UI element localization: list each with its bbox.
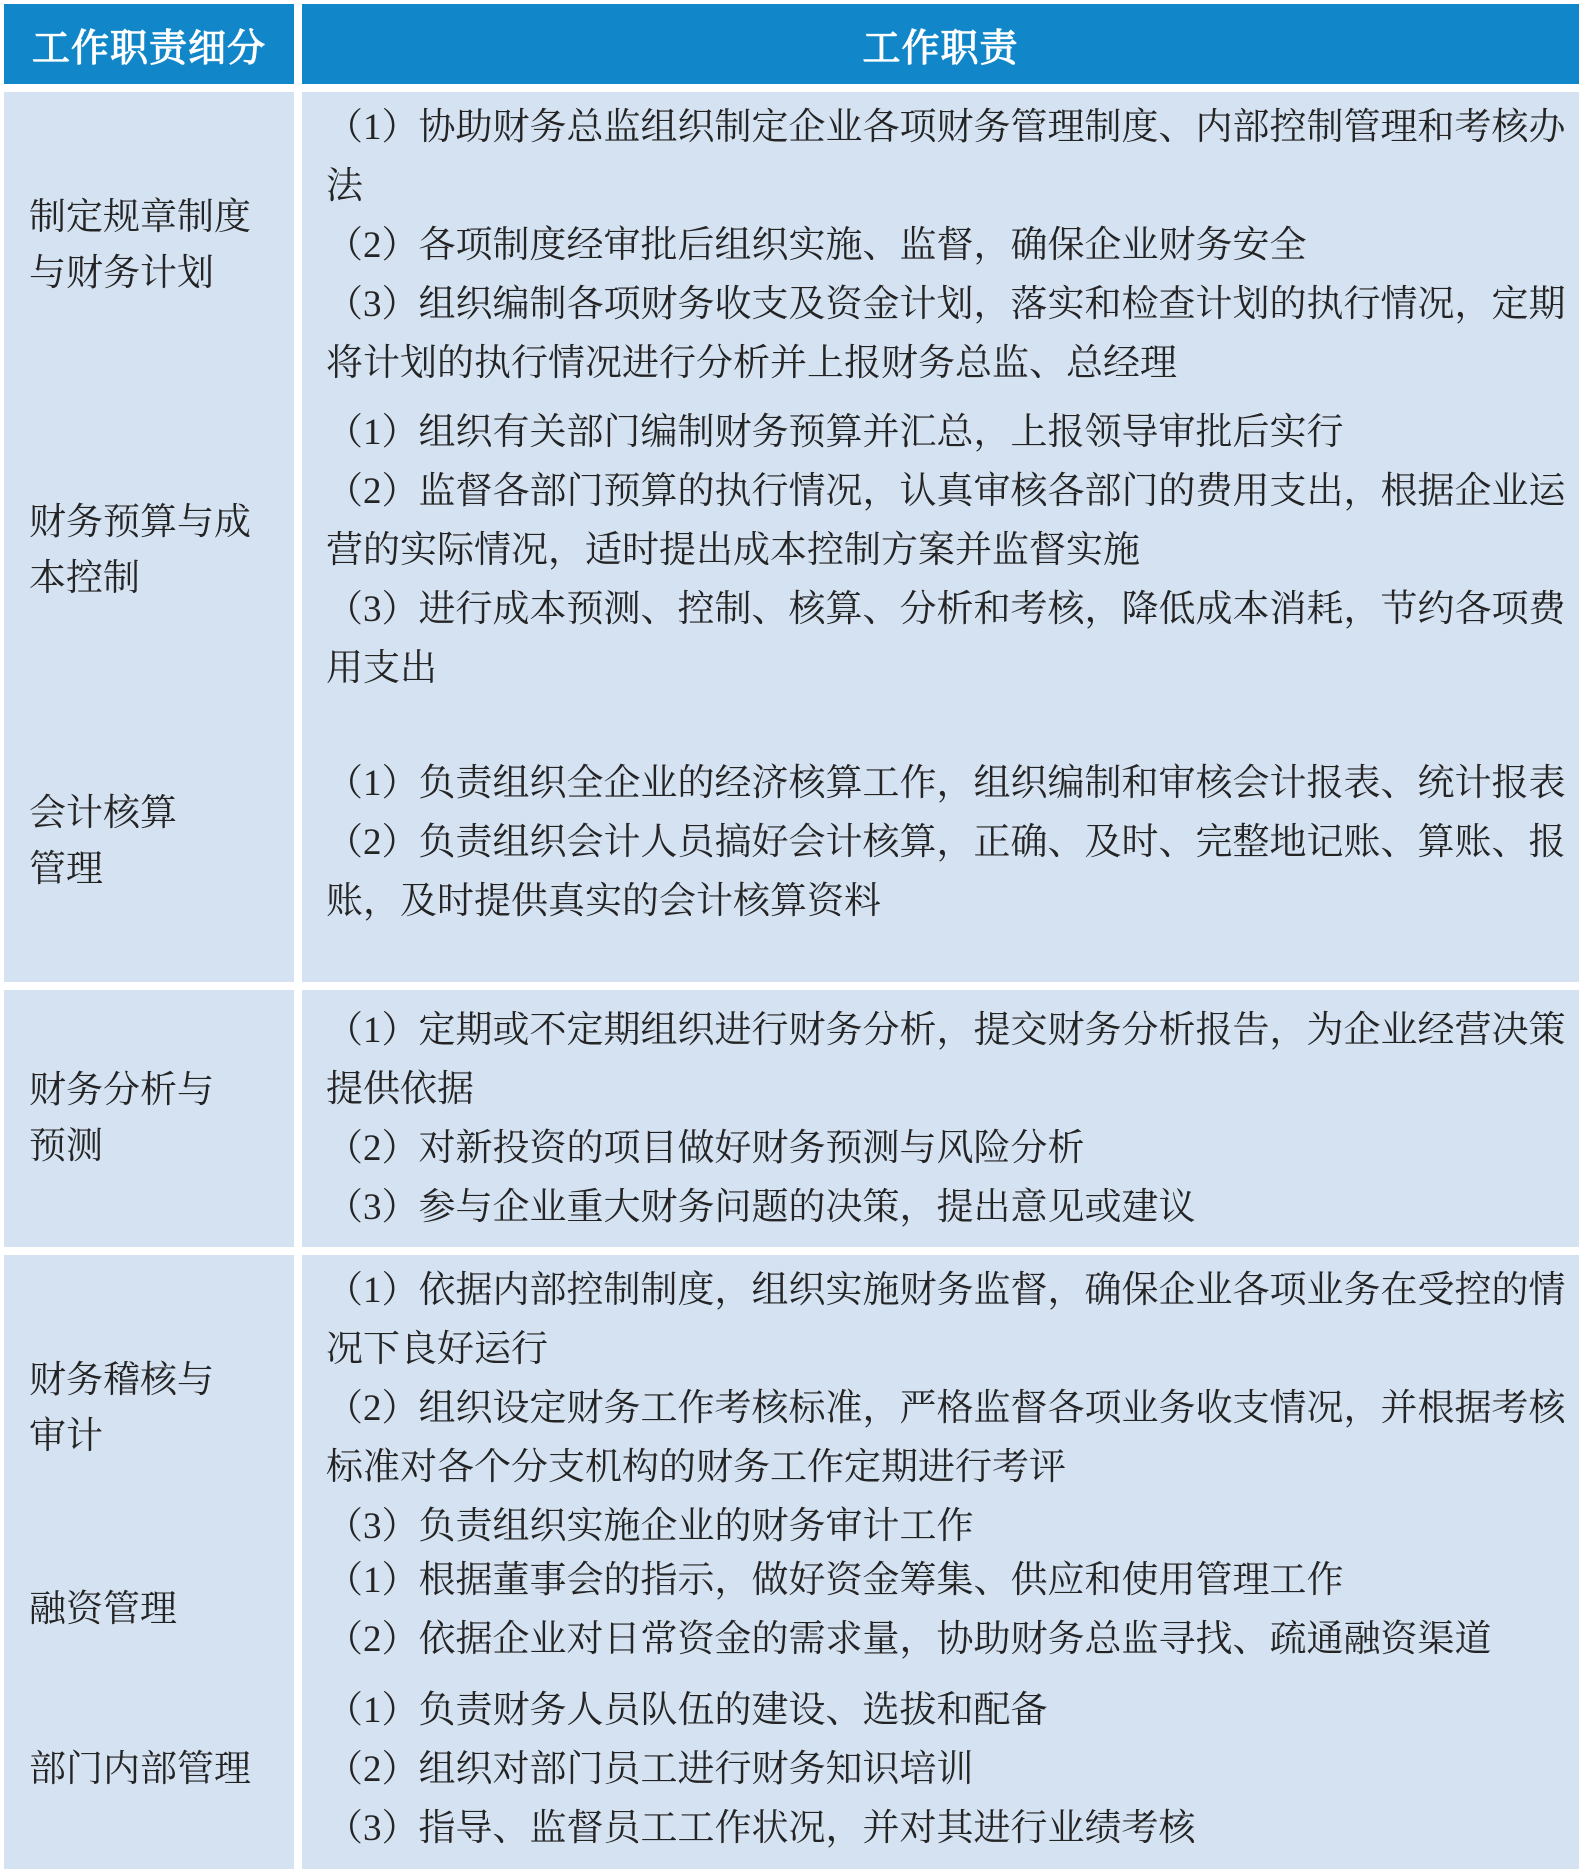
duty-item: （1）依据内部控制制度，组织实施财务监督，确保企业各项业务在受控的情况下良好运行 <box>326 1261 1569 1379</box>
header-cell-duties: 工作职责 <box>302 4 1579 84</box>
duty-item: （3）组织编制各项财务收支及资金计划，落实和检查计划的执行情况，定期将计划的执行… <box>326 275 1569 393</box>
duty-item: （2）依据企业对日常资金的需求量，协助财务总监寻找、疏通融资渠道 <box>326 1610 1569 1669</box>
category-label: 会计核算 管理 <box>29 786 177 898</box>
duty-item: （2）各项制度经审批后组织实施、监督，确保企业财务安全 <box>326 216 1569 275</box>
category-label: 融资管理 <box>29 1582 177 1638</box>
category-label: 财务预算与成 本控制 <box>29 495 251 607</box>
header-label-duties: 工作职责 <box>862 17 1018 72</box>
header-cell-category: 工作职责细分 <box>4 4 294 84</box>
duty-item: （1）协助财务总监组织制定企业各项财务管理制度、内部控制管理和考核办法 <box>326 98 1569 216</box>
table-header-row: 工作职责细分 工作职责 <box>4 4 1579 84</box>
duty-item: （2）组织对部门员工进行财务知识培训 <box>326 1740 1569 1799</box>
duty-item: （2）监督各部门预算的执行情况，认真审核各部门的费用支出，根据企业运营的实际情况… <box>326 462 1569 580</box>
duties-cell: （1）协助财务总监组织制定企业各项财务管理制度、内部控制管理和考核办法（2）各项… <box>302 92 1579 399</box>
table-row: 融资管理 （1）根据董事会的指示，做好资金筹集、供应和使用管理工作（2）依据企业… <box>4 1545 1579 1662</box>
duties-cell: （1）组织有关部门编制财务预算并汇总，上报领导审批后实行（2）监督各部门预算的执… <box>302 397 1579 704</box>
duty-item: （1）负责组织全企业的经济核算工作，组织编制和审核会计报表、统计报表 <box>326 754 1569 813</box>
category-cell: 财务预算与成 本控制 <box>4 397 294 704</box>
duties-cell: （1）依据内部控制制度，组织实施财务监督，确保企业各项业务在受控的情况下良好运行… <box>302 1255 1579 1562</box>
category-label: 财务稽核与 审计 <box>29 1353 214 1465</box>
duty-item: （2）组织设定财务工作考核标准，严格监督各项业务收支情况，并根据考核标准对各个分… <box>326 1379 1569 1497</box>
category-cell: 制定规章制度 与财务计划 <box>4 92 294 399</box>
category-label: 制定规章制度 与财务计划 <box>29 190 251 302</box>
duties-cell: （1）根据董事会的指示，做好资金筹集、供应和使用管理工作（2）依据企业对日常资金… <box>302 1545 1579 1675</box>
category-cell: 会计核算 管理 <box>4 702 294 982</box>
duty-item: （1）组织有关部门编制财务预算并汇总，上报领导审批后实行 <box>326 403 1569 462</box>
category-cell: 部门内部管理 <box>4 1670 294 1869</box>
duties-cell: （1）负责组织全企业的经济核算工作，组织编制和审核会计报表、统计报表（2）负责组… <box>302 702 1579 982</box>
duty-item: （2）负责组织会计人员搞好会计核算，正确、及时、完整地记账、算账、报账，及时提供… <box>326 813 1569 931</box>
duties-cell: （1）负责财务人员队伍的建设、选拔和配备（2）组织对部门员工进行财务知识培训（3… <box>302 1670 1579 1869</box>
duty-item: （3）指导、监督员工工作状况，并对其进行业绩考核 <box>326 1799 1569 1858</box>
category-cell: 融资管理 <box>4 1545 294 1675</box>
responsibilities-table: 工作职责细分 工作职责 制定规章制度 与财务计划 （1）协助财务总监组织制定企业… <box>0 0 1583 1873</box>
category-cell: 财务稽核与 审计 <box>4 1255 294 1562</box>
table-row: 部门内部管理 （1）负责财务人员队伍的建设、选拔和配备（2）组织对部门员工进行财… <box>4 1670 1579 1869</box>
duty-item: （1）定期或不定期组织进行财务分析，提交财务分析报告，为企业经营决策提供依据 <box>326 1001 1569 1119</box>
duty-item: （1）负责财务人员队伍的建设、选拔和配备 <box>326 1681 1569 1740</box>
table-row: 会计核算 管理 （1）负责组织全企业的经济核算工作，组织编制和审核会计报表、统计… <box>4 702 1579 982</box>
duty-item: （1）根据董事会的指示，做好资金筹集、供应和使用管理工作 <box>326 1551 1569 1610</box>
table-row: 制定规章制度 与财务计划 （1）协助财务总监组织制定企业各项财务管理制度、内部控… <box>4 92 1579 389</box>
duties-cell: （1）定期或不定期组织进行财务分析，提交财务分析报告，为企业经营决策提供依据（2… <box>302 990 1579 1247</box>
category-label: 财务分析与 预测 <box>29 1063 214 1175</box>
duty-item: （3）参与企业重大财务问题的决策，提出意见或建议 <box>326 1178 1569 1237</box>
category-cell: 财务分析与 预测 <box>4 990 294 1247</box>
table-row: 财务预算与成 本控制 （1）组织有关部门编制财务预算并汇总，上报领导审批后实行（… <box>4 397 1579 694</box>
category-label: 部门内部管理 <box>29 1742 251 1798</box>
header-label-category: 工作职责细分 <box>32 17 266 72</box>
table-row: 财务稽核与 审计 （1）依据内部控制制度，组织实施财务监督，确保企业各项业务在受… <box>4 1255 1579 1537</box>
duty-item: （3）进行成本预测、控制、核算、分析和考核，降低成本消耗，节约各项费用支出 <box>326 580 1569 698</box>
table-row: 财务分析与 预测 （1）定期或不定期组织进行财务分析，提交财务分析报告，为企业经… <box>4 990 1579 1247</box>
duty-item: （2）对新投资的项目做好财务预测与风险分析 <box>326 1119 1569 1178</box>
